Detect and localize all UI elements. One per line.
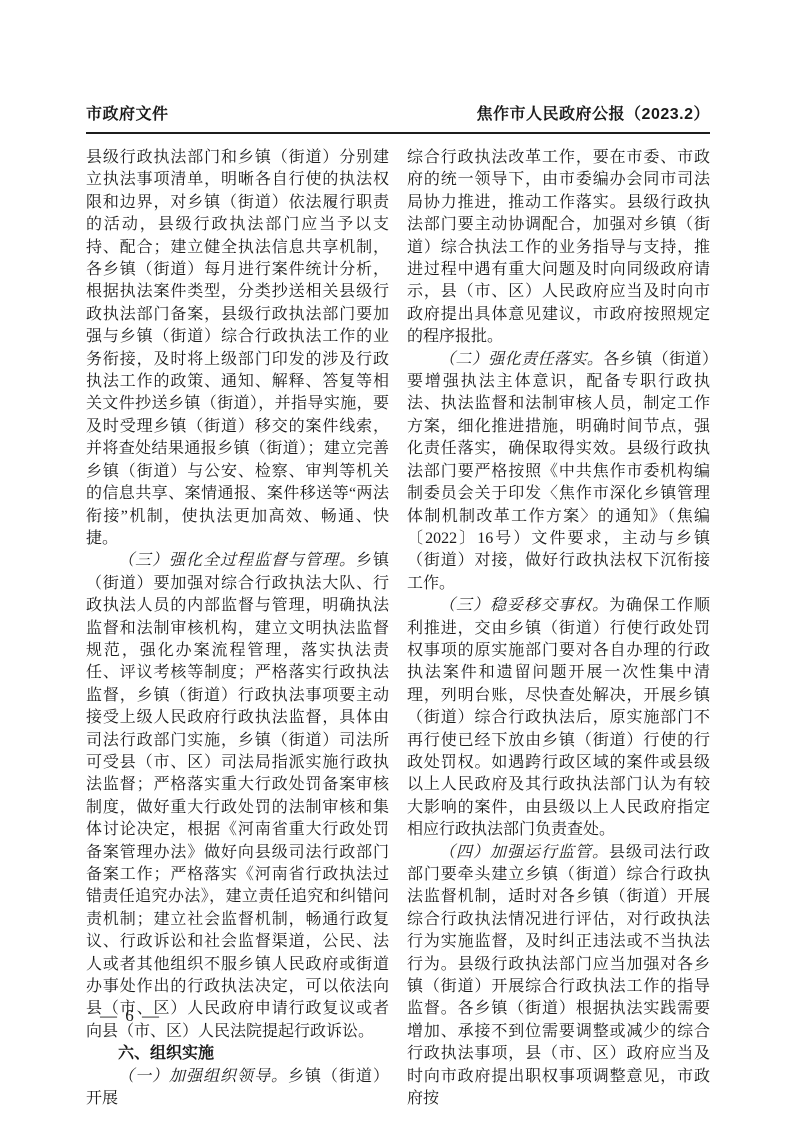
subsection-lead: （三）稳妥移交事权。 [439, 597, 609, 614]
gazette-page: 市政府文件 焦作市人民政府公报（2023.2） 县级行政执法部门和乡镇（街道）分… [0, 0, 793, 1122]
subsection-lead: （四）加强运行监管。 [439, 844, 609, 861]
paragraph: （一）加强组织领导。乡镇（街道）开展 [86, 1066, 389, 1111]
paragraph-text: 综合行政执法改革工作，要在市委、市政府的统一领导下，由市委编办会同市司法局协力推… [407, 149, 710, 345]
paragraph-text: 县级司法行政部门要牵头建立乡镇（街道）综合行政执法监督机制，适时对各乡镇（街道）… [407, 844, 710, 1107]
gazette-title: 焦作市人民政府公报（2023.2） [477, 101, 710, 124]
page-header: 市政府文件 焦作市人民政府公报（2023.2） [86, 101, 710, 134]
document-type-label: 市政府文件 [86, 101, 169, 124]
paragraph: 县级行政执法部门和乡镇（街道）分别建立执法事项清单，明晰各自行使的执法权限和边界… [86, 147, 389, 550]
subsection-lead: （二）强化责任落实。 [439, 351, 603, 368]
section-heading: 六、组织实施 [86, 1043, 389, 1065]
right-column: 综合行政执法改革工作，要在市委、市政府的统一领导下，由市委编办会同市司法局协力推… [407, 147, 710, 1110]
page-number: — 6 — [100, 1006, 161, 1026]
paragraph: （四）加强运行监管。县级司法行政部门要牵头建立乡镇（街道）综合行政执法监督机制，… [407, 842, 710, 1111]
paragraph: （三）强化全过程监督与管理。乡镇（街道）要加强对综合行政执法大队、行政执法人员的… [86, 550, 389, 1043]
paragraph-text: 乡镇（街道）要加强对综合行政执法大队、行政执法人员的内部监督与管理，明确执法监督… [86, 552, 389, 1040]
left-column: 县级行政执法部门和乡镇（街道）分别建立执法事项清单，明晰各自行使的执法权限和边界… [86, 147, 389, 1110]
subsection-lead: （一）加强组织领导。 [118, 1068, 288, 1085]
paragraph-text: 县级行政执法部门和乡镇（街道）分别建立执法事项清单，明晰各自行使的执法权限和边界… [86, 149, 389, 547]
subsection-lead: （三）强化全过程监督与管理。 [118, 552, 356, 569]
paragraph-text: 为确保工作顺利推进，交由乡镇（街道）行使行政处罚权事项的原实施部门要对各自办理的… [407, 597, 710, 838]
content: 县级行政执法部门和乡镇（街道）分别建立执法事项清单，明晰各自行使的执法权限和边界… [86, 147, 710, 1110]
paragraph: （二）强化责任落实。各乡镇（街道）要增强执法主体意识，配备专职行政执法、执法监督… [407, 349, 710, 595]
paragraph-text: 各乡镇（街道）要增强执法主体意识，配备专职行政执法、执法监督和法制审核人员，制定… [407, 351, 710, 592]
paragraph: 综合行政执法改革工作，要在市委、市政府的统一领导下，由市委编办会同市司法局协力推… [407, 147, 710, 349]
paragraph: （三）稳妥移交事权。为确保工作顺利推进，交由乡镇（街道）行使行政处罚权事项的原实… [407, 595, 710, 841]
